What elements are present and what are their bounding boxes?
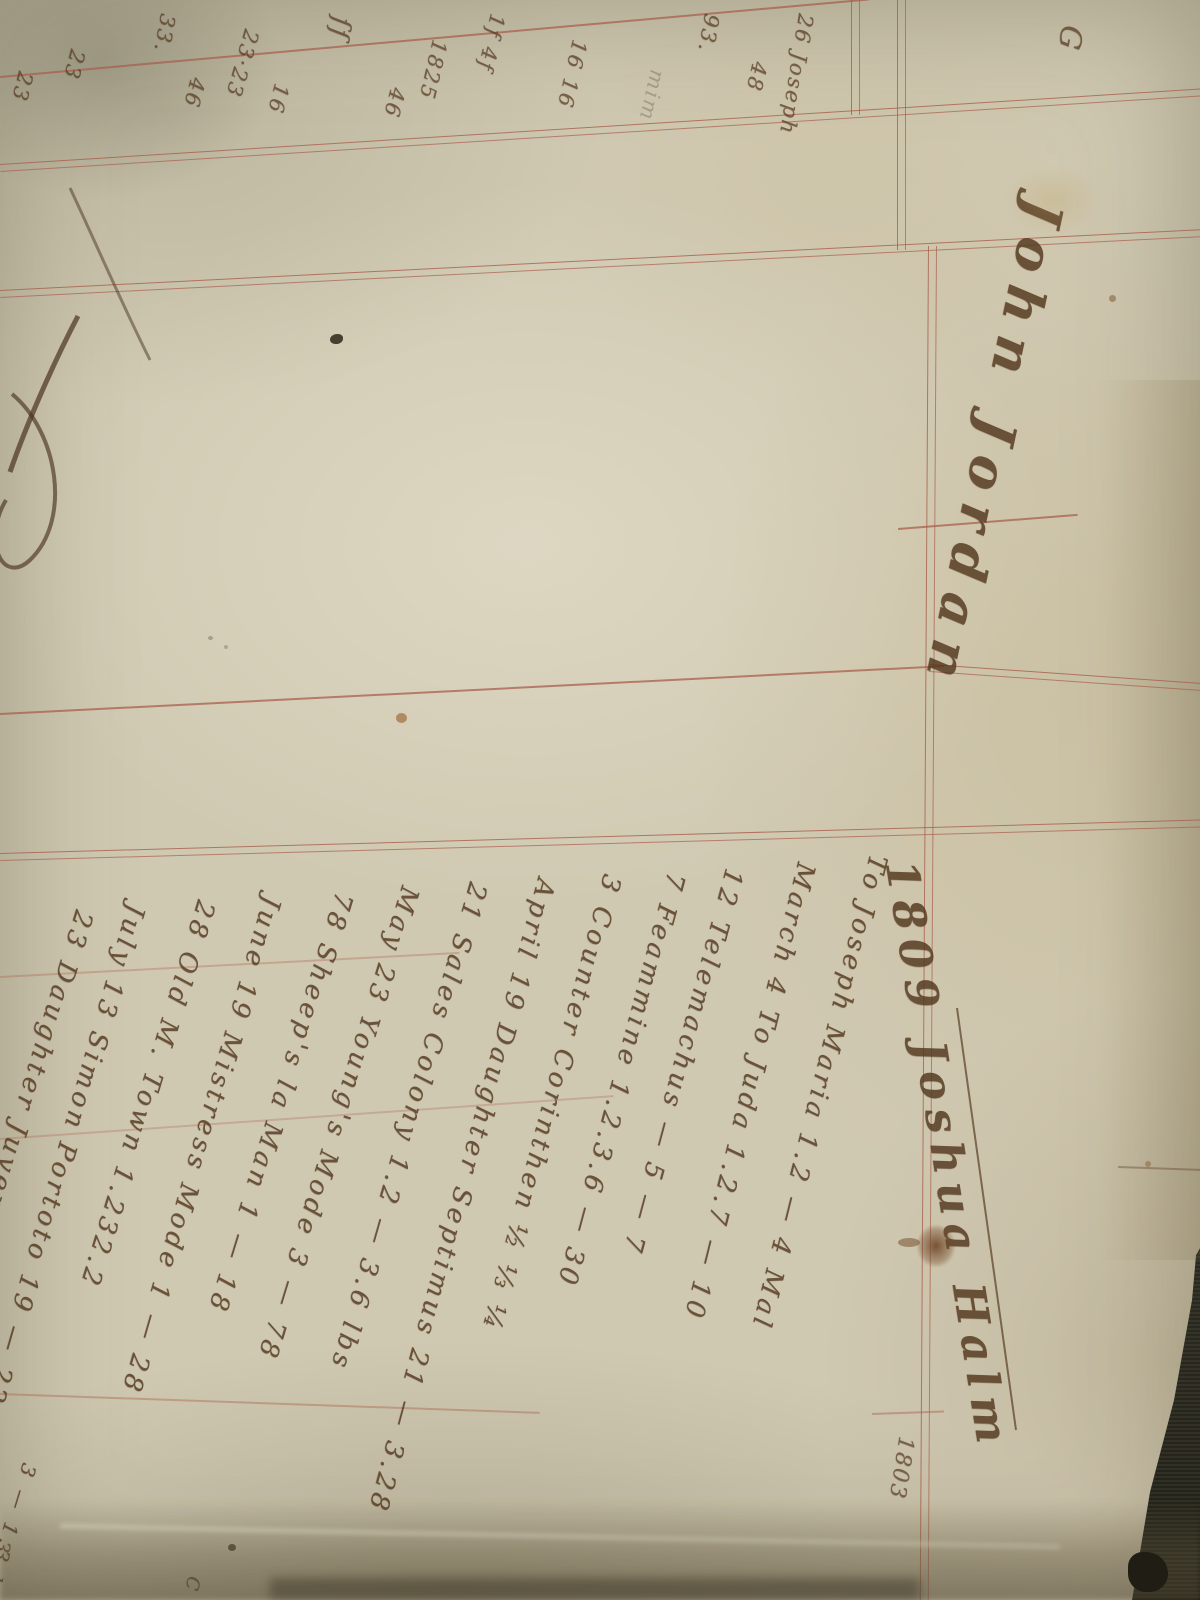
under-page-shadow — [270, 1578, 920, 1600]
dot-mark — [208, 636, 213, 640]
ledger-photo: John Jordan 1809 Joshua Halm 1803 To Jos… — [0, 0, 1200, 1600]
rust-spot — [396, 713, 407, 723]
yellow-stain — [1005, 165, 1100, 235]
column-rule-top-b — [897, 0, 906, 250]
top-left-shadow — [0, 0, 280, 200]
small-spot — [1145, 1161, 1151, 1167]
small-spot — [1109, 295, 1116, 302]
top-fragment: ſſ — [323, 14, 357, 42]
ink-blot-stain — [916, 1224, 956, 1268]
column-rule-top-a — [851, 0, 860, 115]
dot-mark — [224, 645, 228, 649]
torn-edge-notch — [1128, 1552, 1168, 1592]
ink-blot-splatter — [898, 1238, 920, 1247]
